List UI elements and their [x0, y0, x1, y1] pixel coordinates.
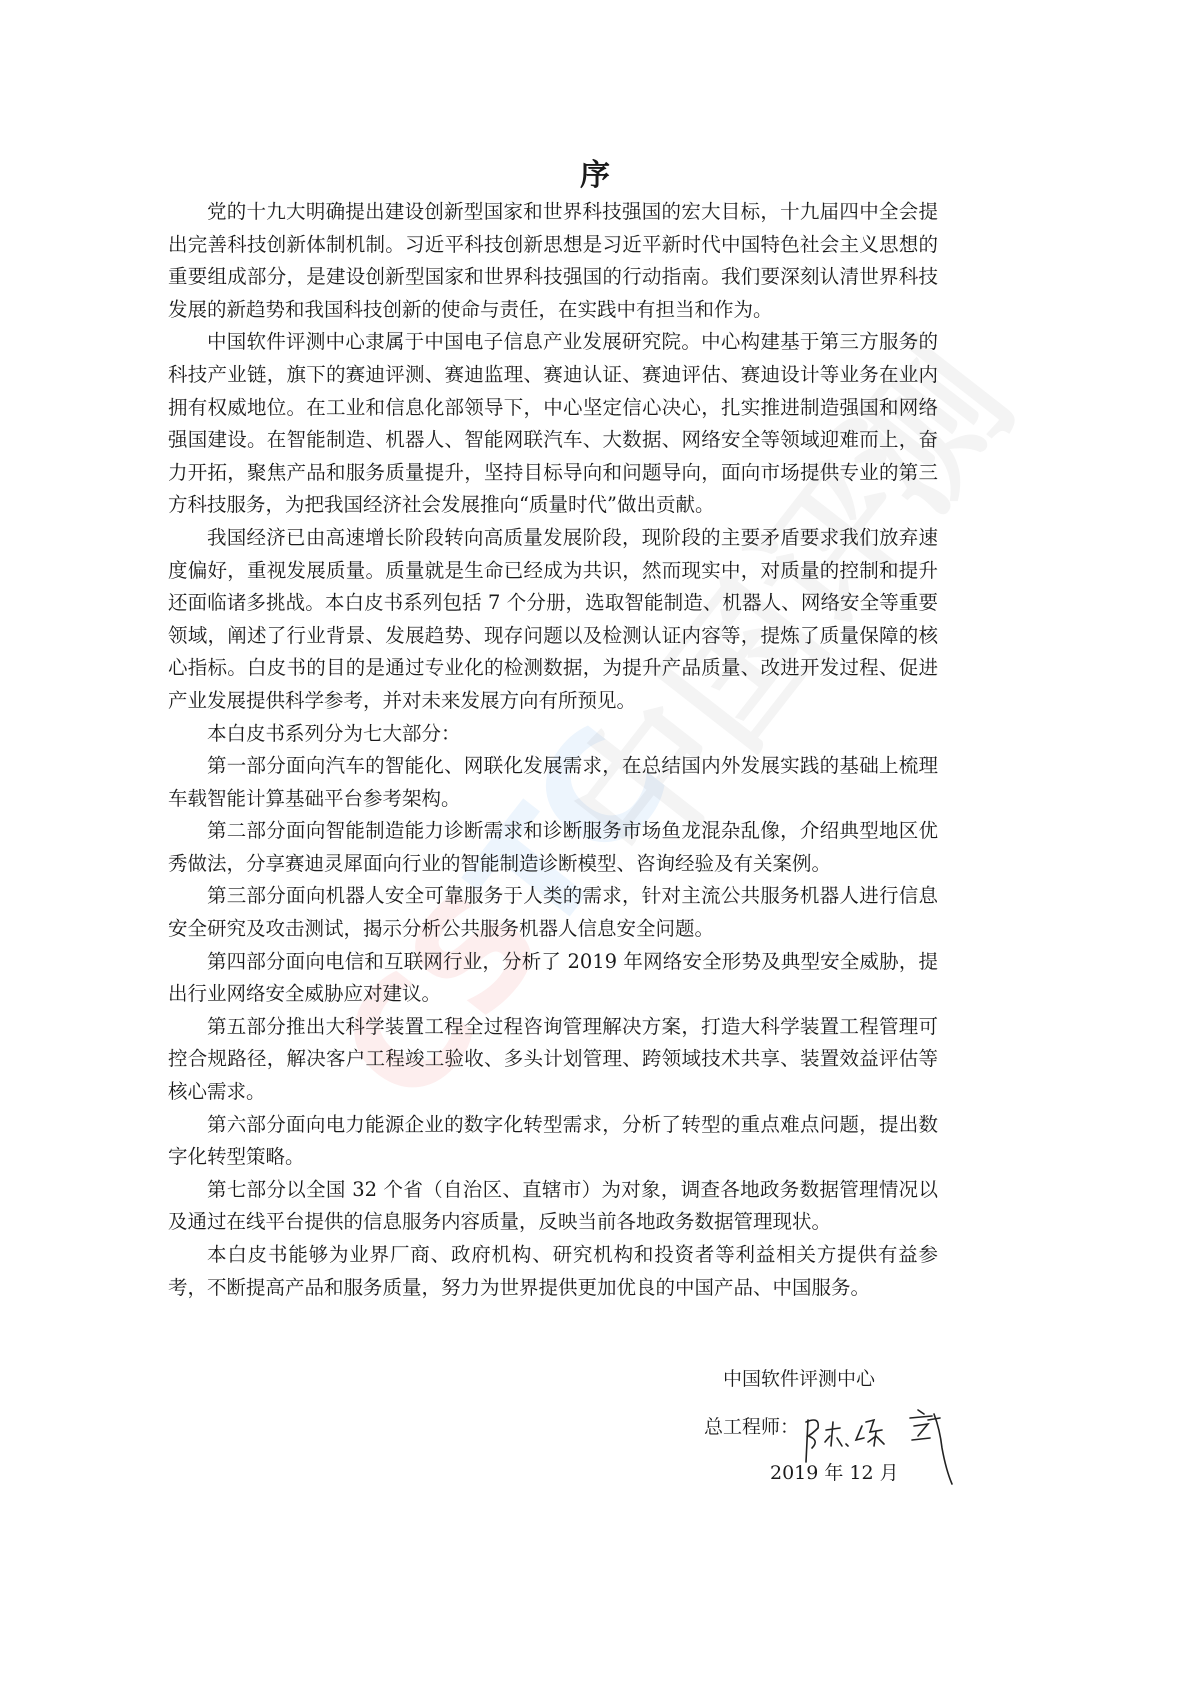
paragraph: 第二部分面向智能制造能力诊断需求和诊断服务市场鱼龙混杂乱像，介绍典型地区优秀做法…: [168, 815, 938, 880]
paragraph: 第七部分以全国 32 个省（自治区、直辖市）为对象，调查各地政务数据管理情况以及…: [168, 1174, 938, 1239]
paragraph: 党的十九大明确提出建设创新型国家和世界科技强国的宏大目标，十九届四中全会提出完善…: [168, 196, 938, 326]
paragraph: 第一部分面向汽车的智能化、网联化发展需求，在总结国内外发展实践的基础上梳理车载智…: [168, 750, 938, 815]
preface-body: 党的十九大明确提出建设创新型国家和世界科技强国的宏大目标，十九届四中全会提出完善…: [168, 196, 938, 1304]
signoff-engineer-label: 总工程师：: [704, 1412, 799, 1439]
signoff-organization: 中国软件评测中心: [723, 1364, 875, 1391]
paragraph: 第五部分推出大科学装置工程全过程咨询管理解决方案，打造大科学装置工程管理可控合规…: [168, 1011, 938, 1109]
paragraph: 我国经济已由高速增长阶段转向高质量发展阶段，现阶段的主要矛盾要求我们放弃速度偏好…: [168, 522, 938, 718]
paragraph: 第六部分面向电力能源企业的数字化转型需求，分析了转型的重点难点问题，提出数字化转…: [168, 1109, 938, 1174]
paragraph: 第三部分面向机器人安全可靠服务于人类的需求，针对主流公共服务机器人进行信息安全研…: [168, 880, 938, 945]
page-title: 序: [0, 150, 1190, 194]
paragraph: 中国软件评测中心隶属于中国电子信息产业发展研究院。中心构建基于第三方服务的科技产…: [168, 326, 938, 522]
paragraph: 本白皮书能够为业界厂商、政府机构、研究机构和投资者等利益相关方提供有益参考，不断…: [168, 1239, 938, 1304]
paragraph: 第四部分面向电信和互联网行业，分析了 2019 年网络安全形势及典型安全威胁，提…: [168, 946, 938, 1011]
signoff-date: 2019 年 12 月: [770, 1458, 899, 1485]
paragraph: 本白皮书系列分为七大部分：: [168, 718, 938, 751]
